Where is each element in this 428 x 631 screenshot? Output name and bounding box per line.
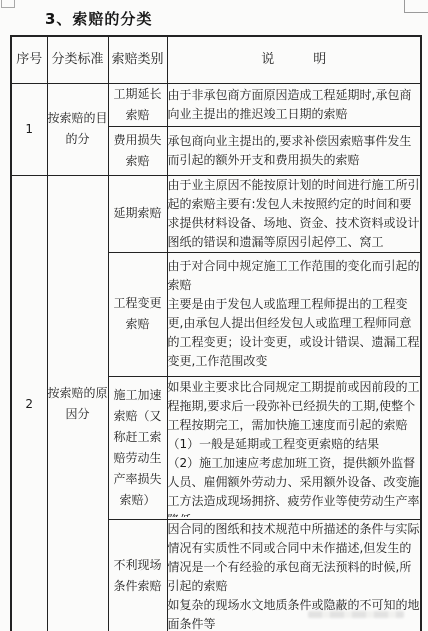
description-cell-acceleration: 如果业主要求比合同规定工期提前或因前段的工程拖期,要求后一段弥补已经损失的工期,… [167, 376, 421, 519]
header-cell-criterion: 分类标准 [47, 36, 108, 83]
row1-criterion-cell: 按索赔的目的分 [47, 83, 108, 175]
table-row: 1 按索赔的目的分 工期延长索赔 由于非承包商方面原因造成工程延期时,承包商向业… [11, 83, 421, 126]
category-cell-cost-loss: 费用损失索赔 [108, 126, 167, 175]
page-title: 3、索赔的分类 [45, 8, 152, 29]
page-corner-mark-left [1, 0, 15, 8]
description-paragraph: 由于非承包商方面原因造成工程延期时,承包商向业主提出的推迟竣工日期的索赔 [168, 86, 421, 124]
description-cell-delay: 由于业主原因不能按原计划的时间进行施工所引起的索赔主要有:发包人未按照约定的时间… [167, 175, 421, 252]
category-cell-adverse-site: 不利现场条件索赔 [108, 519, 167, 631]
description-paragraph: 由于业主原因不能按原计划的时间进行施工所引起的索赔主要有:发包人未按照约定的时间… [168, 176, 421, 252]
description-paragraph: 主要是由于发包人或监理工程师提出的工程变更,由承包人提出但经发包人或监理工程师同… [168, 295, 421, 371]
row2-no-cell: 2 [11, 175, 47, 631]
description-paragraph: （1）一般是延期或工程变更索赔的结果 [168, 435, 421, 454]
description-paragraph: 因合同的图纸和技术规范中所描述的条件与实际情况有实质性不同或合同中未作描述,但发… [168, 520, 421, 596]
header-cell-no: 序号 [11, 36, 47, 83]
table-header-row: 序号 分类标准 索赔类别 说 明 [11, 36, 421, 83]
description-cell-variation: 由于对合同中规定施工工作范围的变化而引起的索赔主要是由于发包人或监理工程师提出的… [167, 252, 421, 376]
description-cell-duration-extension: 由于非承包商方面原因造成工程延期时,承包商向业主提出的推迟竣工日期的索赔 [167, 83, 421, 126]
table-row: 2 按索赔的原因分 延期索赔 由于业主原因不能按原计划的时间进行施工所引起的索赔… [11, 175, 421, 252]
row1-no-cell: 1 [11, 83, 47, 175]
description-paragraph: 由于对合同中规定施工工作范围的变化而引起的索赔 [168, 257, 421, 295]
description-cell-cost-loss: 承包商向业主提出的,要求补偿因索赔事件发生而引起的额外开支和费用损失的索赔 [167, 126, 421, 175]
category-cell-acceleration: 施工加速索赔（又称赶工索赔劳动生产率损失索赔） [108, 376, 167, 519]
watermark-smudge [308, 611, 404, 618]
category-cell-variation: 工程变更索赔 [108, 252, 167, 376]
row2-criterion-cell: 按索赔的原因分 [47, 175, 108, 631]
category-cell-delay: 延期索赔 [108, 175, 167, 252]
description-paragraph: 如果业主要求比合同规定工期提前或因前段的工程拖期,要求后一段弥补已经损失的工期,… [168, 378, 421, 435]
description-paragraph: （2）施工加速应考虑加班工资，提供额外监督人员、雇佣额外劳动力、采用额外设备、改… [168, 454, 421, 517]
claims-classification-table: 序号 分类标准 索赔类别 说 明 1 按索赔的目的分 工期延长索赔 由于非承包商… [10, 35, 422, 631]
page-corner-mark-right [404, 0, 428, 13]
category-cell-duration-extension: 工期延长索赔 [108, 83, 167, 126]
description-paragraph: 承包商向业主提出的,要求补偿因索赔事件发生而引起的额外开支和费用损失的索赔 [168, 132, 421, 170]
header-cell-description: 说 明 [167, 36, 421, 83]
header-cell-category: 索赔类别 [108, 36, 167, 83]
